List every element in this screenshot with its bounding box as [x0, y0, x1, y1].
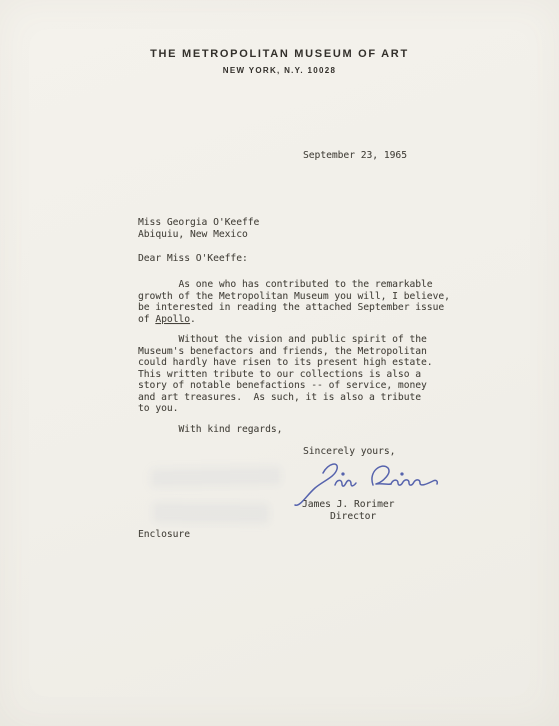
- signer-title: Director: [330, 511, 376, 523]
- letterhead-address: NEW YORK, N.Y. 10028: [0, 66, 559, 75]
- letterhead: THE METROPOLITAN MUSEUM OF ART NEW YORK,…: [0, 48, 559, 75]
- show-through-ghost-top: [150, 466, 282, 488]
- paragraph-1-period: .: [190, 314, 196, 325]
- kind-regards-line: With kind regards,: [138, 424, 468, 436]
- letterhead-title: THE METROPOLITAN MUSEUM OF ART: [0, 48, 559, 60]
- body-paragraph-1: As one who has contributed to the remark…: [138, 279, 468, 325]
- signer-name: James J. Rorimer: [302, 499, 394, 511]
- date-line: September 23, 1965: [303, 150, 407, 162]
- apollo-underlined-title: Apollo: [155, 314, 190, 325]
- recipient-address: Miss Georgia O'Keeffe Abiquiu, New Mexic…: [138, 217, 259, 240]
- body-paragraph-2: Without the vision and public spirit of …: [138, 334, 468, 415]
- enclosure-line: Enclosure: [138, 529, 190, 541]
- show-through-ghost-bottom: [152, 501, 270, 524]
- letter-page: THE METROPOLITAN MUSEUM OF ART NEW YORK,…: [0, 0, 559, 726]
- salutation: Dear Miss O'Keeffe:: [138, 253, 248, 265]
- closing-line: Sincerely yours,: [303, 446, 395, 458]
